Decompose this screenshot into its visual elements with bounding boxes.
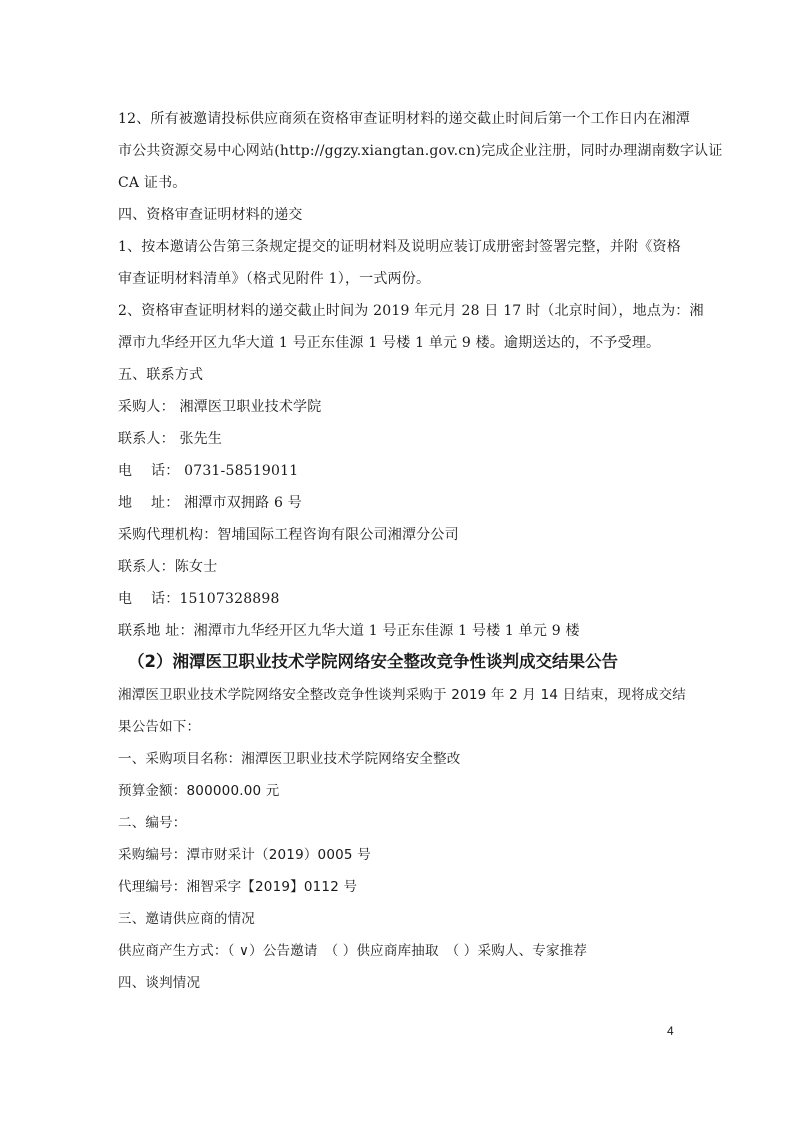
phone-line: 电 话： 0731-58519011 bbox=[118, 462, 298, 480]
procurement-number-line: 采购编号：潭市财采计（2019）0005 号 bbox=[118, 846, 371, 864]
agency-phone-line: 电 话：15107328898 bbox=[118, 590, 280, 608]
agency-number-line: 代理编号：湘智采字【2019】0112 号 bbox=[118, 878, 357, 896]
paragraph-line: 果公告如下： bbox=[118, 718, 200, 736]
paragraph-line: 湘潭医卫职业技术学院网络安全整改竞争性谈判采购于 2019 年 2 月 14 日… bbox=[118, 686, 686, 704]
paragraph-line: 审查证明材料清单》（格式见附件 1），一式两份。 bbox=[118, 270, 430, 288]
number-heading: 二、编号： bbox=[118, 814, 187, 832]
paragraph-line: 1、按本邀请公告第三条规定提交的证明材料及说明应装订成册密封签署完整，并附《资格 bbox=[118, 238, 681, 256]
agency-line: 采购代理机构：智埔国际工程咨询有限公司湘潭分公司 bbox=[118, 526, 459, 544]
paragraph-line: 12、所有被邀请投标供应商须在资格审查证明材料的递交截止时间后第一个工作日内在湘… bbox=[118, 110, 690, 128]
supplier-heading: 三、邀请供应商的情况 bbox=[118, 910, 255, 928]
address-line: 地 址： 湘潭市双拥路 6 号 bbox=[118, 494, 302, 512]
section-heading-4: 四、资格审查证明材料的递交 bbox=[118, 206, 303, 224]
contact-person-line: 联系人： 张先生 bbox=[118, 430, 222, 448]
section-2-title: （2）湘潭医卫职业技术学院网络安全整改竞争性谈判成交结果公告 bbox=[128, 652, 618, 672]
section-heading-5: 五、联系方式 bbox=[118, 366, 203, 384]
project-name-line: 一、采购项目名称：湘潭医卫职业技术学院网络安全整改 bbox=[118, 750, 461, 768]
purchaser-line: 采购人： 湘潭医卫职业技术学院 bbox=[118, 398, 321, 416]
negotiation-heading: 四、谈判情况 bbox=[118, 974, 200, 992]
page-number: 4 bbox=[667, 1024, 674, 1038]
document-page: 12、所有被邀请投标供应商须在资格审查证明材料的递交截止时间后第一个工作日内在湘… bbox=[0, 0, 793, 1122]
paragraph-line: 潭市九华经开区九华大道 1 号正东佳源 1 号楼 1 单元 9 楼。逾期送达的，… bbox=[118, 334, 660, 352]
paragraph-line: 2、资格审查证明材料的递交截止时间为 2019 年元月 28 日 17 时（北京… bbox=[118, 302, 704, 320]
supplier-method-line: 供应商产生方式：（ ∨）公告邀请 （ ）供应商库抽取 （ ）采购人、专家推荐 bbox=[118, 942, 587, 960]
paragraph-line: 市公共资源交易中心网站(http://ggzy.xiangtan.gov.cn)… bbox=[118, 142, 723, 160]
paragraph-line: CA 证书。 bbox=[118, 174, 186, 192]
agency-address-line: 联系地 址：湘潭市九华经开区九华大道 1 号正东佳源 1 号楼 1 单元 9 楼 bbox=[118, 622, 580, 640]
agency-contact-line: 联系人：陈女士 bbox=[118, 558, 217, 576]
budget-line: 预算金额：800000.00 元 bbox=[118, 782, 280, 800]
